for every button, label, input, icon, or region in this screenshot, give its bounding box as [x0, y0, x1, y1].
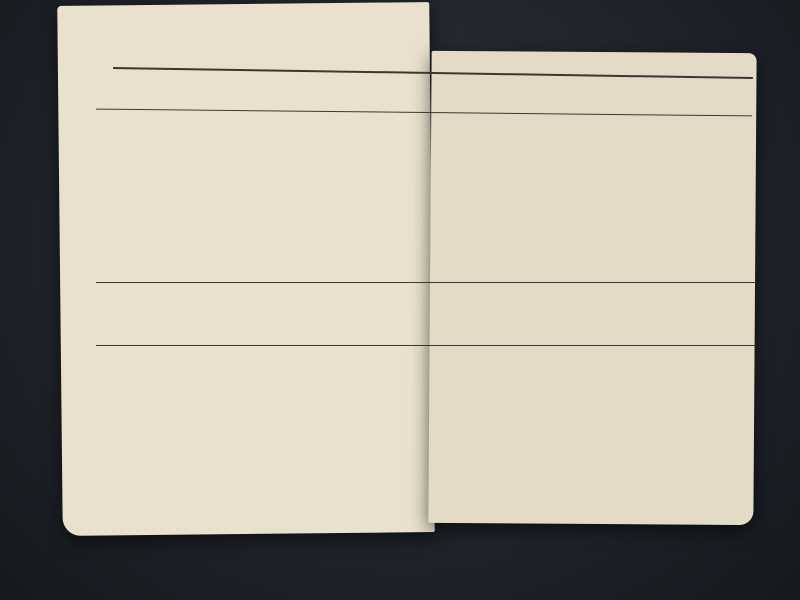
right-page [428, 51, 756, 525]
left-page [57, 2, 435, 536]
bottom-header-rule [96, 345, 756, 346]
mid-rule [96, 282, 756, 283]
